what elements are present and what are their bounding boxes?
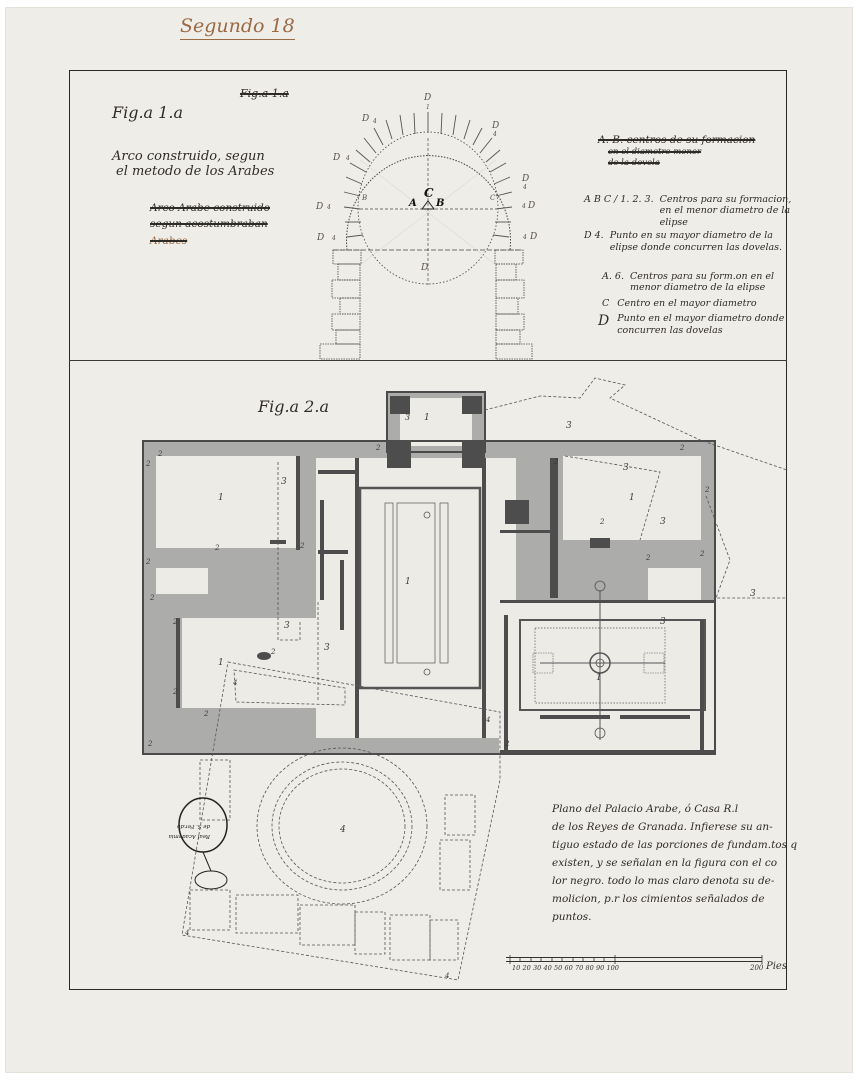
svg-text:4: 4 bbox=[485, 716, 490, 724]
svg-text:2: 2 bbox=[145, 460, 151, 468]
svg-text:1: 1 bbox=[424, 413, 430, 423]
svg-text:D: D bbox=[332, 153, 340, 163]
svg-text:1: 1 bbox=[218, 493, 224, 503]
horseshoe-arch-elevation bbox=[320, 112, 532, 359]
svg-text:2: 2 bbox=[375, 444, 381, 452]
svg-text:D: D bbox=[527, 201, 535, 211]
svg-text:2: 2 bbox=[149, 594, 155, 602]
svg-text:2: 2 bbox=[299, 542, 305, 550]
svg-text:3: 3 bbox=[750, 589, 756, 599]
svg-text:3: 3 bbox=[660, 517, 666, 527]
svg-text:4: 4 bbox=[492, 131, 497, 138]
svg-text:1: 1 bbox=[218, 658, 224, 668]
svg-text:D: D bbox=[316, 233, 324, 243]
svg-text:3: 3 bbox=[281, 477, 287, 487]
svg-text:A: A bbox=[408, 198, 417, 209]
svg-text:2: 2 bbox=[214, 544, 220, 552]
svg-text:2: 2 bbox=[599, 518, 605, 526]
svg-text:3: 3 bbox=[660, 617, 666, 627]
svg-text:2: 2 bbox=[679, 444, 685, 452]
palace-floor-plan: 1 1 1 1 1 1 3 3 3 3 3 3 3 3 3 4 4 4 4 4 … bbox=[143, 378, 787, 980]
arch-point-labels: D1 D4 D4 D4 D4 D4 D4 D4 D4 B C D A B C bbox=[315, 93, 537, 273]
svg-text:2: 2 bbox=[699, 550, 705, 558]
svg-text:D: D bbox=[423, 93, 431, 103]
svg-text:2: 2 bbox=[553, 458, 559, 466]
svg-text:4: 4 bbox=[184, 929, 189, 937]
svg-text:4: 4 bbox=[232, 679, 237, 687]
svg-text:2: 2 bbox=[172, 688, 178, 696]
svg-text:4: 4 bbox=[339, 825, 346, 835]
svg-text:2: 2 bbox=[504, 740, 510, 748]
svg-text:D: D bbox=[361, 114, 369, 124]
svg-text:de S. Fer.do: de S. Fer.do bbox=[176, 823, 210, 829]
svg-text:C: C bbox=[490, 194, 496, 202]
svg-text:D: D bbox=[521, 174, 529, 184]
svg-text:4: 4 bbox=[522, 234, 527, 241]
svg-text:2: 2 bbox=[704, 486, 710, 494]
svg-text:3: 3 bbox=[405, 413, 410, 422]
scale-bar-marks bbox=[510, 955, 762, 964]
svg-text:2: 2 bbox=[645, 554, 651, 562]
svg-text:4: 4 bbox=[444, 972, 449, 980]
svg-text:D: D bbox=[315, 202, 323, 212]
svg-text:2: 2 bbox=[145, 558, 151, 566]
svg-text:3: 3 bbox=[324, 643, 330, 653]
svg-text:4: 4 bbox=[331, 235, 336, 242]
svg-text:D: D bbox=[491, 121, 499, 131]
svg-text:B: B bbox=[361, 194, 367, 202]
drawing-layer: D1 D4 D4 D4 D4 D4 D4 D4 D4 B C D A B C bbox=[0, 0, 864, 1080]
svg-text:4: 4 bbox=[521, 203, 526, 210]
svg-text:1: 1 bbox=[426, 104, 430, 111]
svg-text:4: 4 bbox=[372, 118, 377, 125]
svg-text:1: 1 bbox=[405, 577, 411, 587]
svg-text:3: 3 bbox=[284, 621, 290, 631]
svg-text:Real Academia: Real Academia bbox=[168, 833, 211, 839]
svg-text:2: 2 bbox=[172, 618, 178, 626]
svg-text:2: 2 bbox=[203, 710, 209, 718]
svg-text:2: 2 bbox=[147, 740, 153, 748]
svg-text:4: 4 bbox=[522, 184, 527, 191]
svg-text:2: 2 bbox=[157, 450, 163, 458]
svg-text:3: 3 bbox=[623, 463, 629, 473]
svg-text:B: B bbox=[435, 198, 444, 209]
svg-text:3: 3 bbox=[566, 421, 572, 431]
svg-text:D: D bbox=[420, 263, 428, 273]
svg-text:4: 4 bbox=[345, 155, 350, 162]
svg-text:1: 1 bbox=[596, 673, 602, 683]
svg-text:C: C bbox=[424, 186, 434, 200]
svg-text:4: 4 bbox=[326, 204, 331, 211]
svg-text:D: D bbox=[529, 232, 537, 242]
svg-text:1: 1 bbox=[629, 493, 635, 503]
svg-text:2: 2 bbox=[270, 648, 276, 656]
